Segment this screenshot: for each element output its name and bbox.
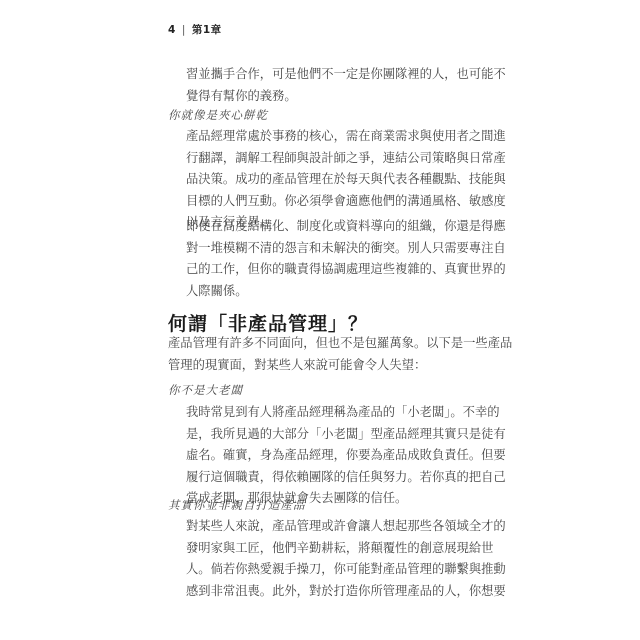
- chapter-label: 第1章: [192, 24, 222, 36]
- text-line: 是，我所見過的大部分「小老闆」型產品經理其實只是徒有: [186, 424, 474, 446]
- header-separator: |: [182, 24, 186, 36]
- text-line: 人。倘若你熱愛親手操刀，你可能對產品管理的聯繫與推動: [186, 559, 474, 581]
- text-line: 虛名。確實，身為產品經理，你要為產品成敗負責任。但要: [186, 445, 474, 467]
- text-line: 我時常見到有人將產品經理稱為產品的「小老闆」。不幸的: [186, 402, 474, 424]
- text-line: 感到非常沮喪。此外，對於打造你所管理產品的人，你想要: [186, 581, 474, 603]
- running-header: 4|第1章: [168, 22, 222, 37]
- text-line: 對某些人來說，產品管理或許會讓人想起那些各領域全才的: [186, 516, 474, 538]
- intro-paragraph: 習並攜手合作，可是他們不一定是你團隊裡的人，也可能不 覺得有幫你的義務。: [186, 64, 474, 107]
- text-line: 品決策。成功的產品管理在於每天與代表各種觀點、技能與: [186, 169, 474, 191]
- text-line: 覺得有幫你的義務。: [186, 86, 474, 108]
- text-line: 行翻譯，調解工程師與設計師之爭，連結公司策略與日常產: [186, 148, 474, 170]
- text-line: 人際關係。: [186, 281, 474, 303]
- paragraph-not-boss: 我時常見到有人將產品經理稱為產品的「小老闆」。不幸的 是，我所見過的大部分「小老…: [186, 402, 474, 510]
- text-line: 產品經理常處於事務的核心，需在商業需求與使用者之間進: [186, 126, 474, 148]
- page-number: 4: [168, 24, 176, 36]
- text-line: 管理的現實面，對某些人來說可能會令人失望：: [168, 355, 474, 377]
- paragraph-ambiguity: 即使在高度結構化、制度化或資料導向的組織，你還是得應 對一堆模糊不清的怨言和未解…: [186, 216, 474, 302]
- subheading-sandwich: 你就像是夾心餅乾: [168, 107, 268, 123]
- text-line: 習並攜手合作，可是他們不一定是你團隊裡的人，也可能不: [186, 64, 474, 86]
- text-line: 己的工作，但你的職責得協調處理這些複雜的、真實世界的: [186, 259, 474, 281]
- text-line: 發明家與工匠，他們辛勤耕耘，將顛覆性的創意展現給世: [186, 538, 474, 560]
- book-page: 4|第1章 習並攜手合作，可是他們不一定是你團隊裡的人，也可能不 覺得有幫你的義…: [0, 0, 640, 640]
- subheading-not-boss: 你不是大老闆: [168, 382, 243, 398]
- section-heading: 何謂「非產品管理」？: [168, 309, 368, 336]
- paragraph-not-builder: 對某些人來說，產品管理或許會讓人想起那些各領域全才的 發明家與工匠，他們辛勤耕耘…: [186, 516, 474, 602]
- text-line: 對一堆模糊不清的怨言和未解決的衝突。別人只需要專注自: [186, 238, 474, 260]
- text-line: 即使在高度結構化、制度化或資料導向的組織，你還是得應: [186, 216, 474, 238]
- section-intro-paragraph: 產品管理有許多不同面向，但也不是包羅萬象。以下是一些產品 管理的現實面，對某些人…: [168, 333, 474, 376]
- text-line: 目標的人們互動。你必須學會適應他們的溝通風格、敏感度: [186, 191, 474, 213]
- subheading-not-builder: 其實你並非親自打造產品: [168, 497, 306, 513]
- text-line: 履行這個職責，得依賴團隊的信任與努力。若你真的把自己: [186, 467, 474, 489]
- text-line: 產品管理有許多不同面向，但也不是包羅萬象。以下是一些產品: [168, 333, 474, 355]
